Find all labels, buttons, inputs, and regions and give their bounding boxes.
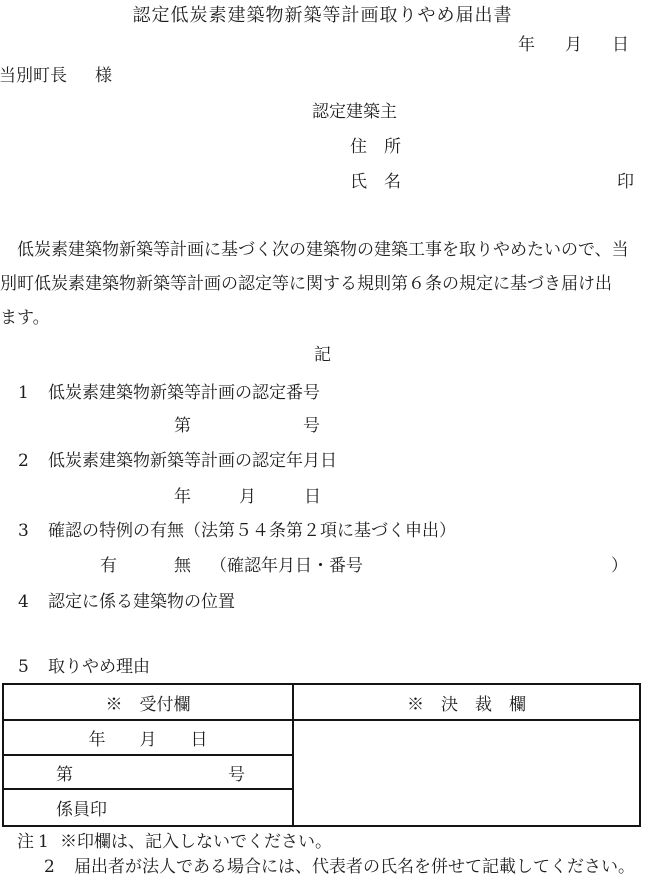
item3-paren-open: （確認年月日・番号 xyxy=(210,556,363,576)
applicant-name-label: 氏 名 xyxy=(350,172,401,192)
reception-dai-label: 第 xyxy=(56,760,73,785)
note1-text: ※印欄は、記入しないでください。 xyxy=(60,832,332,852)
date-day-label: 日 xyxy=(612,35,629,55)
item3-paren-close: ） xyxy=(611,556,628,576)
item4-number: 4 xyxy=(18,592,29,612)
item3-label: 確認の特例の有無（法第５４条第２項に基づく申出） xyxy=(48,521,456,541)
item4-label: 認定に係る建築物の位置 xyxy=(48,592,235,612)
item1-dai-label: 第 xyxy=(174,416,191,436)
date-month-label: 月 xyxy=(565,35,582,55)
item3-number: 3 xyxy=(18,521,29,541)
applicant-heading: 認定建築主 xyxy=(312,102,397,122)
approval-column: ※ 決 裁 欄 xyxy=(294,685,639,825)
staff-seal-label: 係員印 xyxy=(56,795,107,820)
item2-month-label: 月 xyxy=(239,487,256,507)
reception-date-label: 年 月 日 xyxy=(89,725,208,750)
note2-number: 2 xyxy=(44,857,55,874)
item2-number: 2 xyxy=(18,451,29,471)
body-line-2: 別町低炭素建築物新築等計画の認定等に関する規則第６条の規定に基づき届け出 xyxy=(0,267,640,301)
reception-header-label: ※ 受付欄 xyxy=(106,690,191,715)
cancellation-notification-form: 認定低炭素建築物新築等計画取りやめ届出書 年 月 日 当別町長 様 認定建築主 … xyxy=(0,0,645,874)
note2-text: 届出者が法人である場合には、代表者の氏名を併せて記載してください。 xyxy=(74,857,635,874)
addressee-name: 当別町長 xyxy=(0,66,67,86)
reception-column: ※ 受付欄 年 月 日 第 号 係員印 xyxy=(4,685,294,825)
record-heading: 記 xyxy=(0,345,645,365)
item3-yes-label: 有 xyxy=(100,556,117,576)
item5-label: 取りやめ理由 xyxy=(48,657,150,677)
item1-label: 低炭素建築物新築等計画の認定番号 xyxy=(48,383,320,403)
reception-approval-table: ※ 受付欄 年 月 日 第 号 係員印 ※ 決 裁 欄 xyxy=(2,683,641,827)
applicant-address-label: 住 所 xyxy=(350,137,401,157)
addressee-honorific: 様 xyxy=(95,66,112,86)
item5-number: 5 xyxy=(18,657,29,677)
item1-go-label: 号 xyxy=(303,416,320,436)
staff-seal-cell: 係員印 xyxy=(4,790,292,825)
reception-header-cell: ※ 受付欄 xyxy=(4,685,292,721)
item2-day-label: 日 xyxy=(304,487,321,507)
body-line-1: 低炭素建築物新築等計画に基づく次の建築物の建築工事を取りやめたいので、当 xyxy=(0,233,640,267)
date-year-label: 年 xyxy=(518,35,535,55)
approval-empty-cell xyxy=(294,721,639,825)
seal-label: 印 xyxy=(617,172,634,192)
reception-go-label: 号 xyxy=(228,760,245,785)
item3-no-label: 無 xyxy=(174,556,191,576)
note1-prefix: 注 xyxy=(17,832,34,852)
approval-header-cell: ※ 決 裁 欄 xyxy=(294,685,639,721)
item2-label: 低炭素建築物新築等計画の認定年月日 xyxy=(48,451,337,471)
approval-header-label: ※ 決 裁 欄 xyxy=(407,690,526,715)
item1-number: 1 xyxy=(18,383,29,403)
body-line-3: ます。 xyxy=(0,301,640,335)
item2-year-label: 年 xyxy=(174,487,191,507)
body-paragraph: 低炭素建築物新築等計画に基づく次の建築物の建築工事を取りやめたいので、当 別町低… xyxy=(0,233,640,335)
reception-number-cell: 第 号 xyxy=(4,756,292,790)
reception-date-cell: 年 月 日 xyxy=(4,721,292,756)
page-title: 認定低炭素建築物新築等計画取りやめ届出書 xyxy=(0,6,645,26)
note1-number: 1 xyxy=(38,832,49,852)
